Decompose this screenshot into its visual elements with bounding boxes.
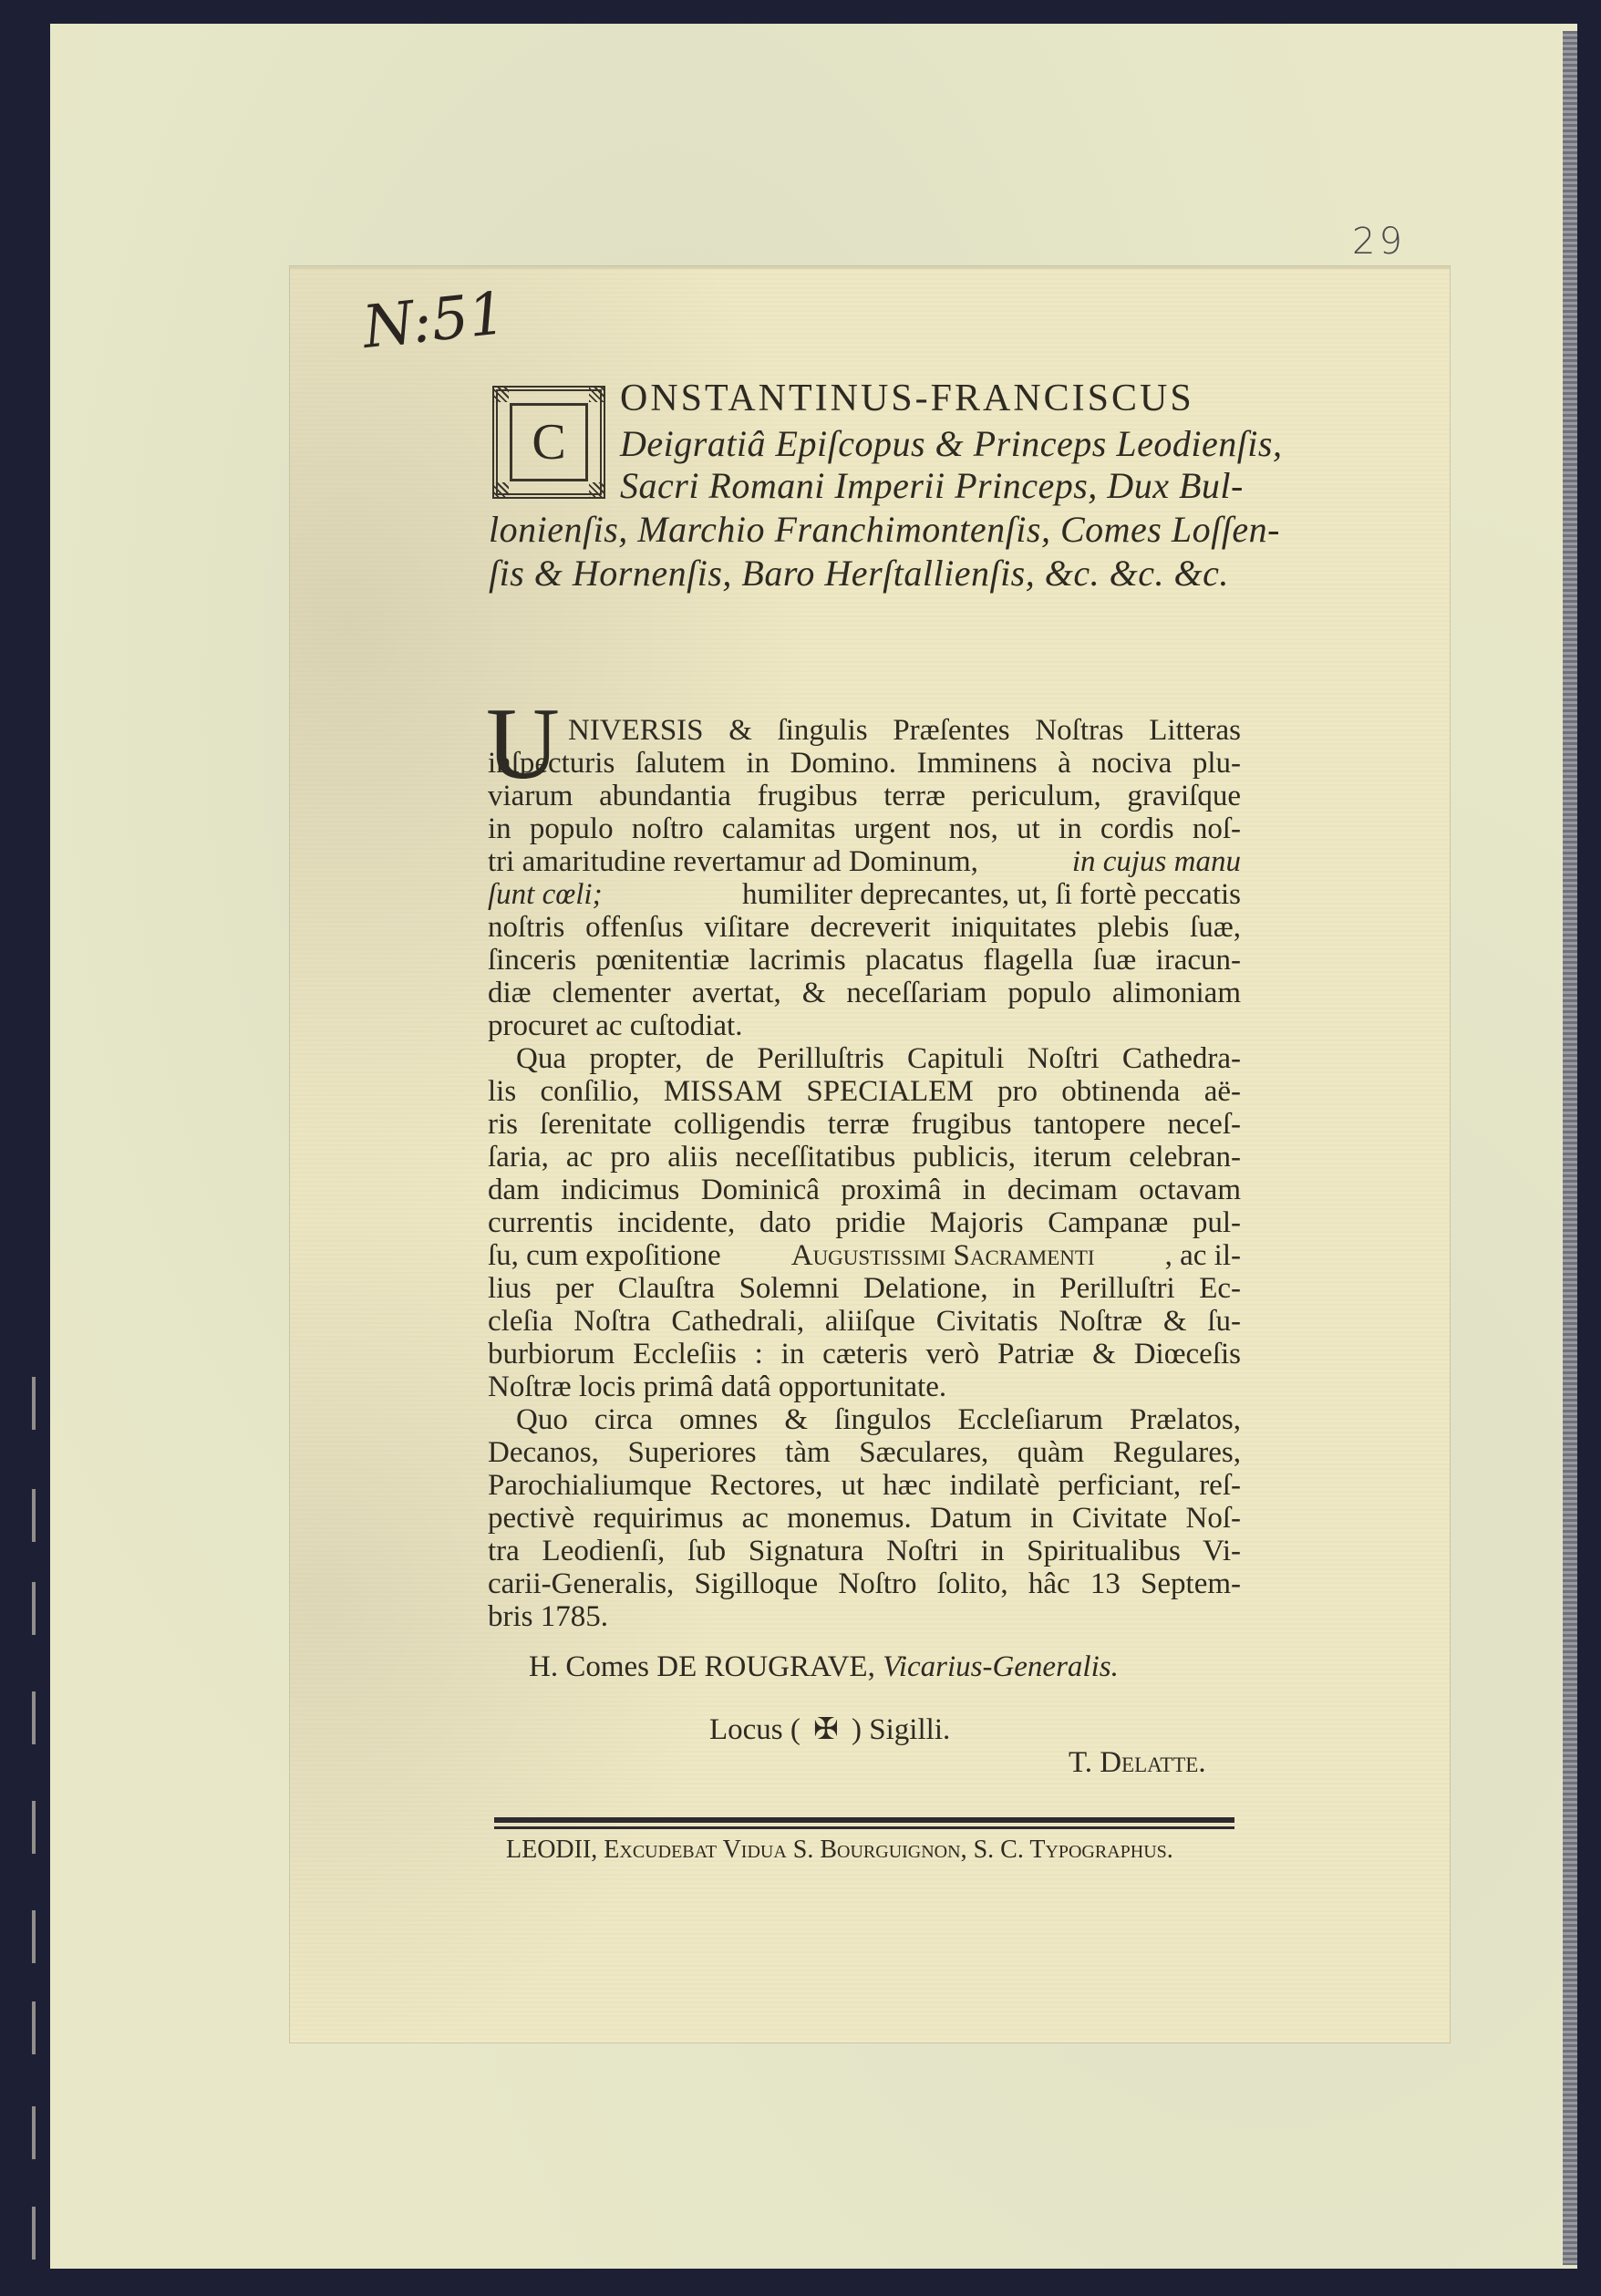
body-line: tra Leodienſi, ſub Signatura Noſtri in S… <box>488 1535 1241 1568</box>
binding-mark <box>32 2106 36 2159</box>
printed-document: N:51 C ONSTANTINUS-FRANCISCUS Deigratiâ … <box>290 266 1450 2043</box>
binding-mark <box>32 1489 36 1542</box>
ornament-corner <box>492 386 509 402</box>
body-line: noſtris offenſus viſitare decreverit ini… <box>488 911 1241 945</box>
body-line: Parochialiumque Rectores, ut hæc indilat… <box>488 1469 1241 1503</box>
body-line: in populo noſtro calamitas urgent nos, u… <box>488 812 1241 846</box>
body-line: procuret ac cuſtodiat. <box>488 1009 1241 1043</box>
body-line: NIVERSIS & ſingulis Præſentes Noſtras Li… <box>568 714 1241 748</box>
seal-label-right: ) Sigilli. <box>852 1713 950 1746</box>
body-line: bris 1785. <box>488 1600 1241 1634</box>
body-line: carii-Generalis, Sigilloque Noſtro ſolit… <box>488 1567 1241 1601</box>
imprint-rule <box>494 1826 1234 1829</box>
body-text: tri amaritudine revertamur ad Dominum, <box>488 845 978 879</box>
body-line: ſunt cœli; humiliter deprecantes, ut, ſi… <box>488 878 1241 912</box>
body-line: lius per Clauſtra Solemni Delatione, in … <box>488 1272 1241 1306</box>
ornament-corner <box>589 482 605 499</box>
header-title-line: ſis & Hornenſis, Baro Herſtallienſis, &c… <box>489 552 1229 595</box>
body-line: currentis incidente, dato pridie Majoris… <box>488 1206 1241 1240</box>
signatory-title: Vicarius-Generalis. <box>883 1650 1119 1683</box>
cross-pattee-icon: ✠ <box>813 1713 839 1746</box>
body-line: viarum abundantia frugibus terræ pericul… <box>488 780 1241 813</box>
body-line: lis conſilio, MISSAM SPECIALEM pro obtin… <box>488 1075 1241 1109</box>
binding-mark <box>32 1910 36 1963</box>
body-line: Qua propter, de Perilluſtris Capituli No… <box>516 1042 1241 1076</box>
signatory-name: H. Comes DE ROUGRAVE, <box>529 1650 875 1683</box>
body-line: ſaria, ac pro aliis neceſſitatibus publi… <box>488 1141 1241 1174</box>
body-text: , ac il- <box>1165 1239 1241 1273</box>
mounting-sheet-edge <box>1563 31 1577 2265</box>
body-line: ris ſerenitate colligendis terræ frugibu… <box>488 1108 1241 1142</box>
body-line: ſinceris pœnitentiæ lacrimis placatus fl… <box>488 944 1241 977</box>
header-title-line: lonienſis, Marchio Franchimontenſis, Com… <box>489 508 1280 551</box>
header-title-line: Deigratiâ Epiſcopus & Princeps Leodienſi… <box>620 422 1283 465</box>
body-line: burbiorum Eccleſiis : in cæteris verò Pa… <box>488 1338 1241 1371</box>
body-line: Decanos, Superiores tàm Sæculares, quàm … <box>488 1436 1241 1470</box>
header-name: ONSTANTINUS-FRANCISCUS <box>620 377 1194 420</box>
body-text-small-caps: Augustissimi Sacramenti <box>791 1239 1095 1273</box>
binding-mark <box>32 2207 36 2260</box>
body-line: cleſia Noſtra Cathedrali, aliiſque Civit… <box>488 1305 1241 1339</box>
binding-mark <box>32 1377 36 1430</box>
header-title-line: Sacri Romani Imperii Princeps, Dux Bul- <box>620 464 1244 507</box>
body-line: inſpecturis ſalutem in Domino. Imminens … <box>488 747 1241 781</box>
handwritten-catalog-number: N:51 <box>360 280 510 362</box>
seal-label-left: Locus ( <box>709 1713 800 1746</box>
binding-mark <box>32 1801 36 1854</box>
imprint-rule <box>494 1817 1234 1823</box>
ornamental-drop-cap: C <box>492 386 605 499</box>
body-text: humiliter deprecantes, ut, ſi fortè pecc… <box>742 878 1241 912</box>
seal-placeholder: Locus ( ✠ ) Sigilli. <box>709 1711 950 1747</box>
binding-mark <box>32 2001 36 2054</box>
body-line: pectivè requirimus ac monemus. Datum in … <box>488 1502 1241 1536</box>
ornament-corner <box>589 386 605 402</box>
secretary-signature: T. Delatte. <box>1069 1746 1206 1780</box>
drop-cap-letter: C <box>532 413 565 471</box>
body-line: Noſtræ locis primâ datâ opportunitate. <box>488 1370 1241 1404</box>
body-text-italic: ſunt cœli; <box>488 878 603 912</box>
printer-imprint: LEODII, Excudebat Vidua S. Bourguignon, … <box>506 1836 1173 1865</box>
body-line: diæ clementer avertat, & neceſſariam pop… <box>488 977 1241 1010</box>
signature-line: H. Comes DE ROUGRAVE, Vicarius-Generalis… <box>529 1650 1119 1684</box>
handwritten-page-number: 29 <box>1352 221 1406 263</box>
body-line: tri amaritudine revertamur ad Dominum, i… <box>488 845 1241 879</box>
body-text: ſu, cum expoſitione <box>488 1239 721 1273</box>
binding-mark <box>32 1582 36 1635</box>
body-line: ſu, cum expoſitione Augustissimi Sacrame… <box>488 1239 1241 1273</box>
body-line: Quo circa omnes & ſingulos Eccleſiarum P… <box>516 1403 1241 1437</box>
body-line: dam indicimus Dominicâ proximâ in decima… <box>488 1174 1241 1207</box>
ornament-corner <box>492 482 509 499</box>
binding-mark <box>32 1691 36 1744</box>
body-text-italic: in cujus manu <box>1072 845 1241 879</box>
